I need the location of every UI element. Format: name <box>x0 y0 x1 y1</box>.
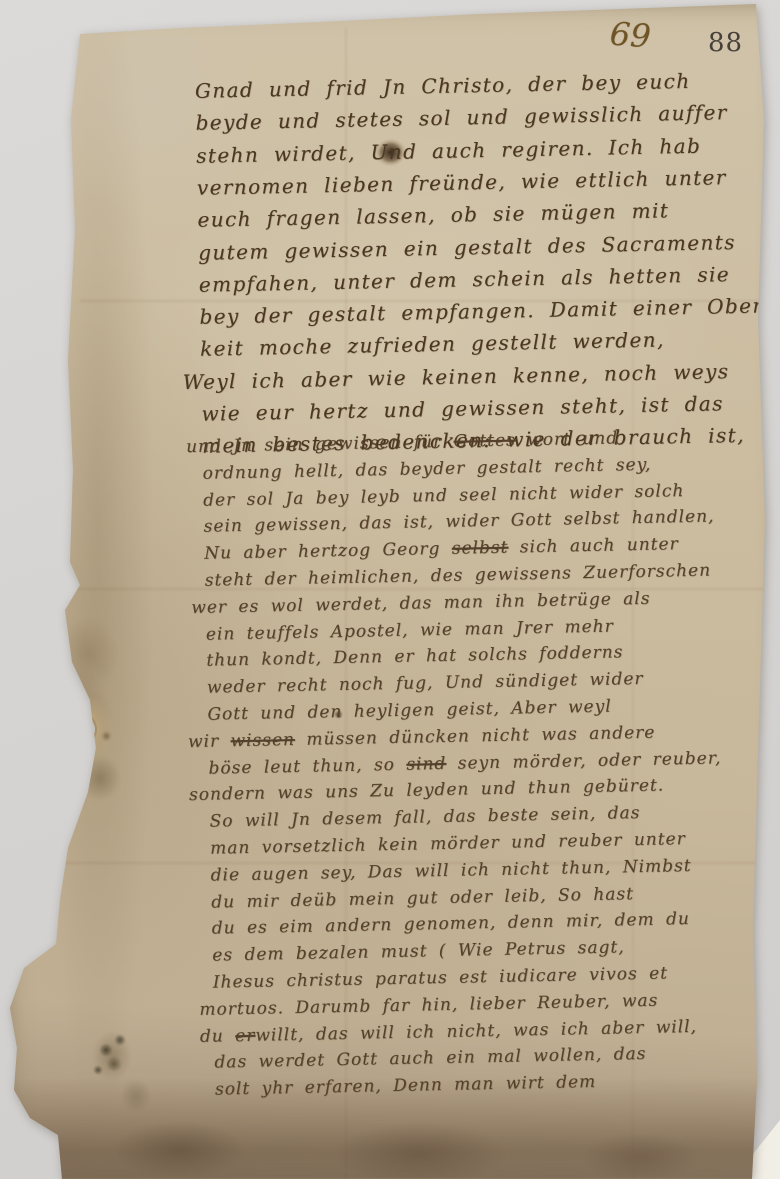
manuscript-page: 69 88 Gnad und frid Jn Christo, der bey … <box>0 0 780 1179</box>
manuscript-line: wer es wol werdet, das man ihn betrüge a… <box>191 589 651 618</box>
manuscript-line: vernomen lieben freünde, wie ettlich unt… <box>197 165 727 200</box>
manuscript-line: es dem bezalen must ( Wie Petrus sagt, <box>212 938 625 966</box>
manuscript-line: steht der heimlichen, des gewissens Zuer… <box>205 561 712 591</box>
scan-background: 69 88 Gnad und frid Jn Christo, der bey … <box>0 0 780 1179</box>
manuscript-line: der sol Ja bey leyb und seel nicht wider… <box>203 481 685 511</box>
manuscript-line: bey der gestalt empfangen. Damit einer O… <box>199 294 763 329</box>
manuscript-line: stehn wirdet, Und auch regiren. Ich hab <box>196 133 701 167</box>
manuscript-line: thun kondt, Denn er hat solchs fodderns <box>206 643 623 671</box>
manuscript-line: sein gewissen, das ist, wider Gott selbs… <box>203 507 714 537</box>
manuscript-line: wie eur hertz und gewissen steht, ist da… <box>201 391 724 425</box>
manuscript-line: Gott und den heyligen geist, Aber weyl <box>207 697 612 725</box>
manuscript-line: wir wissen müssen düncken nicht was ande… <box>188 723 656 752</box>
manuscript-line: man vorsetzlich kein mörder und reuber u… <box>210 829 686 859</box>
manuscript-line: So will Jn desem fall, das beste sein, d… <box>209 803 640 832</box>
manuscript-line: du erwillt, das will ich nicht, was ich … <box>200 1017 697 1047</box>
manuscript-text: Gnad und frid Jn Christo, der bey euchbe… <box>0 0 780 1179</box>
manuscript-line: Gnad und frid Jn Christo, der bey euch <box>195 69 691 103</box>
manuscript-line: keit moche zufrieden gestellt werden, <box>200 328 665 361</box>
manuscript-line: weder recht noch fug, Und sündiget wider <box>207 669 644 698</box>
manuscript-line: böse leut thun, so sind seyn mörder, ode… <box>208 748 721 778</box>
manuscript-line: empfahen, unter dem schein als hetten si… <box>199 262 731 297</box>
manuscript-line: euch fragen lassen, ob sie mügen mit <box>197 199 669 232</box>
manuscript-line: Ihesus christus paratus est iudicare viv… <box>213 963 669 992</box>
manuscript-line: beyde und stetes sol und gewisslich auff… <box>195 100 728 135</box>
manuscript-line: solt yhr erfaren, Denn man wirt dem <box>215 1072 597 1100</box>
manuscript-line: das werdet Gott auch ein mal wollen, das <box>214 1044 646 1073</box>
manuscript-line: Nu aber hertzog Georg selbst sich auch u… <box>204 534 679 564</box>
manuscript-line: ein teuffels Apostel, wie man Jrer mehr <box>206 616 614 644</box>
manuscript-line: ordnung hellt, das beyder gestalt recht … <box>202 455 651 484</box>
manuscript-line: gutem gewissen ein gestalt des Sacrament… <box>198 229 736 264</box>
manuscript-line: die augen sey, Das will ich nicht thun, … <box>210 856 691 886</box>
manuscript-line: du mir deüb mein gut oder leib, So hast <box>211 884 634 912</box>
manuscript-line: sondern was uns Zu leyden und thun gebür… <box>189 776 665 806</box>
worm-hole <box>58 712 95 746</box>
manuscript-line: mortuos. Darumb far hin, lieber Reuber, … <box>199 990 658 1019</box>
manuscript-line: Weyl ich aber wie keinen kenne, noch wey… <box>183 359 730 394</box>
manuscript-line: du es eim andern genomen, denn mir, dem … <box>212 909 690 939</box>
